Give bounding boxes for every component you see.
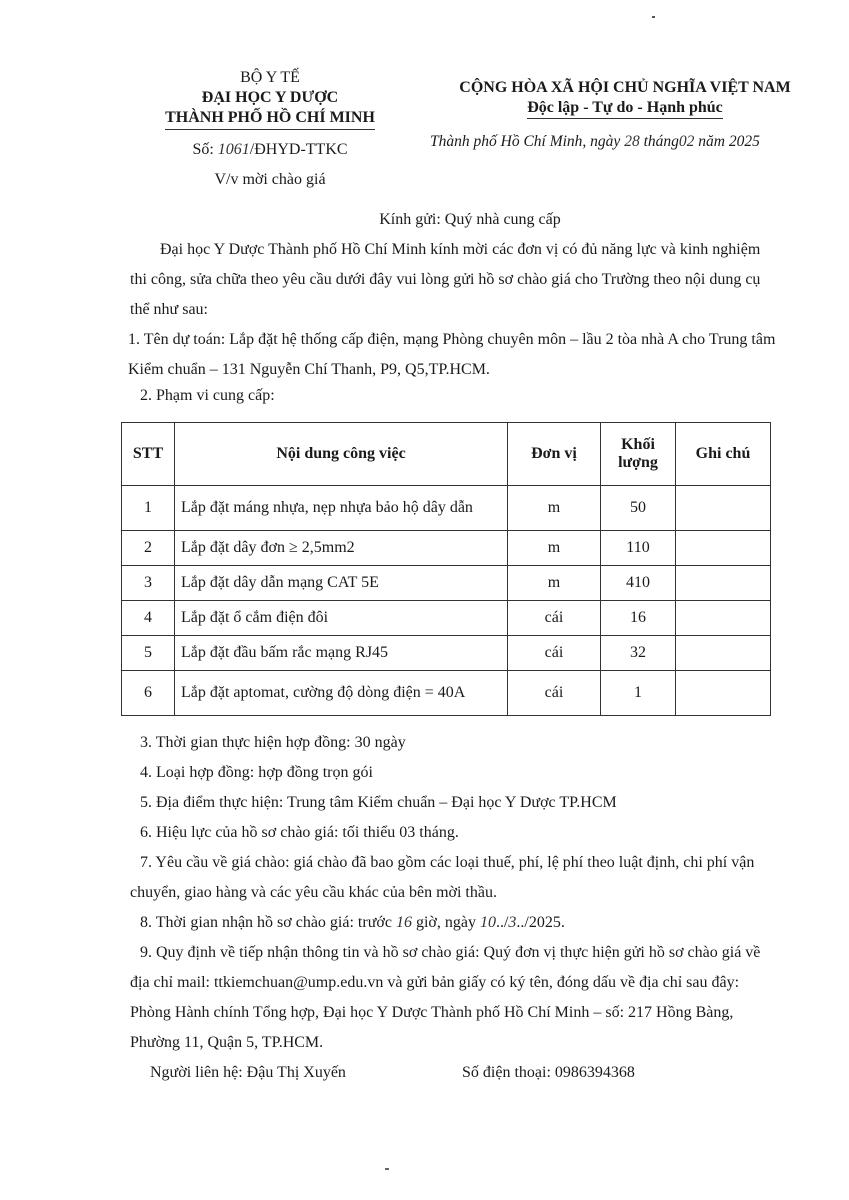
table-header-row: STT Nội dung công việc Đơn vị Khối lượng… — [122, 423, 771, 486]
item-6-validity: 6. Hiệu lực của hồ sơ chào giá: tối thiể… — [130, 818, 780, 848]
header-unit: Đơn vị — [508, 423, 601, 486]
item-8-deadline: 8. Thời gian nhận hồ sơ chào giá: trước … — [130, 908, 780, 938]
contact-person: Người liên hệ: Đậu Thị Xuyến — [140, 1058, 346, 1088]
handwritten-deadline-day: 10 — [480, 914, 496, 931]
scan-speck — [385, 1168, 389, 1170]
issuer-header: BỘ Y TẾ ĐẠI HỌC Y DƯỢC THÀNH PHỐ HỒ CHÍ … — [120, 68, 420, 190]
intro-paragraph: Đại học Y Dược Thành phố Hồ Chí Minh kín… — [130, 235, 780, 325]
table-row: 3 Lắp đặt dây dẫn mạng CAT 5E m 410 — [122, 566, 771, 601]
university-name-line1: ĐẠI HỌC Y DƯỢC — [120, 88, 420, 108]
salutation: Kính gửi: Quý nhà cung cấp — [130, 205, 780, 235]
item-2-scope: 2. Phạm vi cung cấp: — [130, 385, 780, 407]
handwritten-day: 28 — [624, 133, 640, 150]
national-motto: Độc lập - Tự do - Hạnh phúc — [527, 98, 723, 119]
item-5-location: 5. Địa điểm thực hiện: Trung tâm Kiểm ch… — [130, 788, 780, 818]
header-content: Nội dung công việc — [175, 423, 508, 486]
letter-body-intro: Kính gửi: Quý nhà cung cấp Đại học Y Dượ… — [130, 205, 780, 407]
subject-line: V/v mời chào giá — [120, 170, 420, 190]
handwritten-month: 02 — [679, 133, 695, 150]
scope-table: STT Nội dung công việc Đơn vị Khối lượng… — [121, 422, 771, 716]
header-stt: STT — [122, 423, 175, 486]
header-quantity: Khối lượng — [601, 423, 676, 486]
terms-section: 3. Thời gian thực hiện hợp đồng: 30 ngày… — [130, 728, 780, 1088]
handwritten-hour: 16 — [396, 914, 412, 931]
header-note: Ghi chú — [676, 423, 771, 486]
item-3-duration: 3. Thời gian thực hiện hợp đồng: 30 ngày — [130, 728, 780, 758]
document-number: Số: 1061/ĐHYD-TTKC — [120, 140, 420, 160]
ministry-name: BỘ Y TẾ — [120, 68, 420, 88]
table-row: 1 Lắp đặt máng nhựa, nẹp nhựa bảo hộ dây… — [122, 486, 771, 531]
table-row: 2 Lắp đặt dây đơn ≥ 2,5mm2 m 110 — [122, 531, 771, 566]
date-line: Thành phố Hồ Chí Minh, ngày 28 tháng02 n… — [430, 133, 760, 151]
item-4-contract-type: 4. Loại hợp đồng: hợp đồng trọn gói — [130, 758, 780, 788]
table-row: 6 Lắp đặt aptomat, cường độ dòng điện = … — [122, 671, 771, 716]
table-row: 5 Lắp đặt đầu bấm rắc mạng RJ45 cái 32 — [122, 636, 771, 671]
contact-line: Người liên hệ: Đậu Thị Xuyến Số điện tho… — [130, 1058, 780, 1088]
nation-name: CỘNG HÒA XÃ HỘI CHỦ NGHĨA VIỆT NAM — [420, 78, 830, 98]
scan-speck — [652, 16, 655, 18]
item-1-project-name: 1. Tên dự toán: Lắp đặt hệ thống cấp điệ… — [128, 325, 780, 385]
handwritten-deadline-month: 3 — [508, 914, 516, 931]
item-7-price-requirements: 7. Yêu cầu về giá chào: giá chào đã bao … — [130, 848, 780, 908]
contact-phone: Số điện thoại: 0986394368 — [462, 1058, 635, 1088]
table-row: 4 Lắp đặt ổ cắm điện đôi cái 16 — [122, 601, 771, 636]
handwritten-number: 1061 — [218, 141, 250, 158]
item-9-submission: 9. Quy định về tiếp nhận thông tin và hồ… — [130, 938, 780, 1058]
national-header: CỘNG HÒA XÃ HỘI CHỦ NGHĨA VIỆT NAM Độc l… — [420, 78, 830, 119]
university-name-line2: THÀNH PHỐ HỒ CHÍ MINH — [165, 108, 375, 130]
